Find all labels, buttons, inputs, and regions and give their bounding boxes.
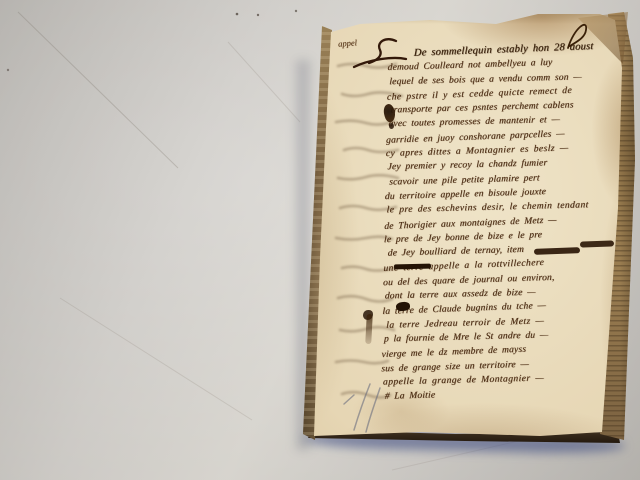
strikethrough-bar: [580, 240, 614, 247]
ink-blot-droplet: [389, 123, 394, 129]
pencil-marks: [338, 376, 402, 438]
photo-scene: appel De sommellequin estably hon 28 aou…: [0, 0, 640, 480]
strikethrough-bar: [394, 264, 431, 270]
handwritten-text-block: De sommellequin estably hon 28 aoust dem…: [380, 39, 628, 419]
